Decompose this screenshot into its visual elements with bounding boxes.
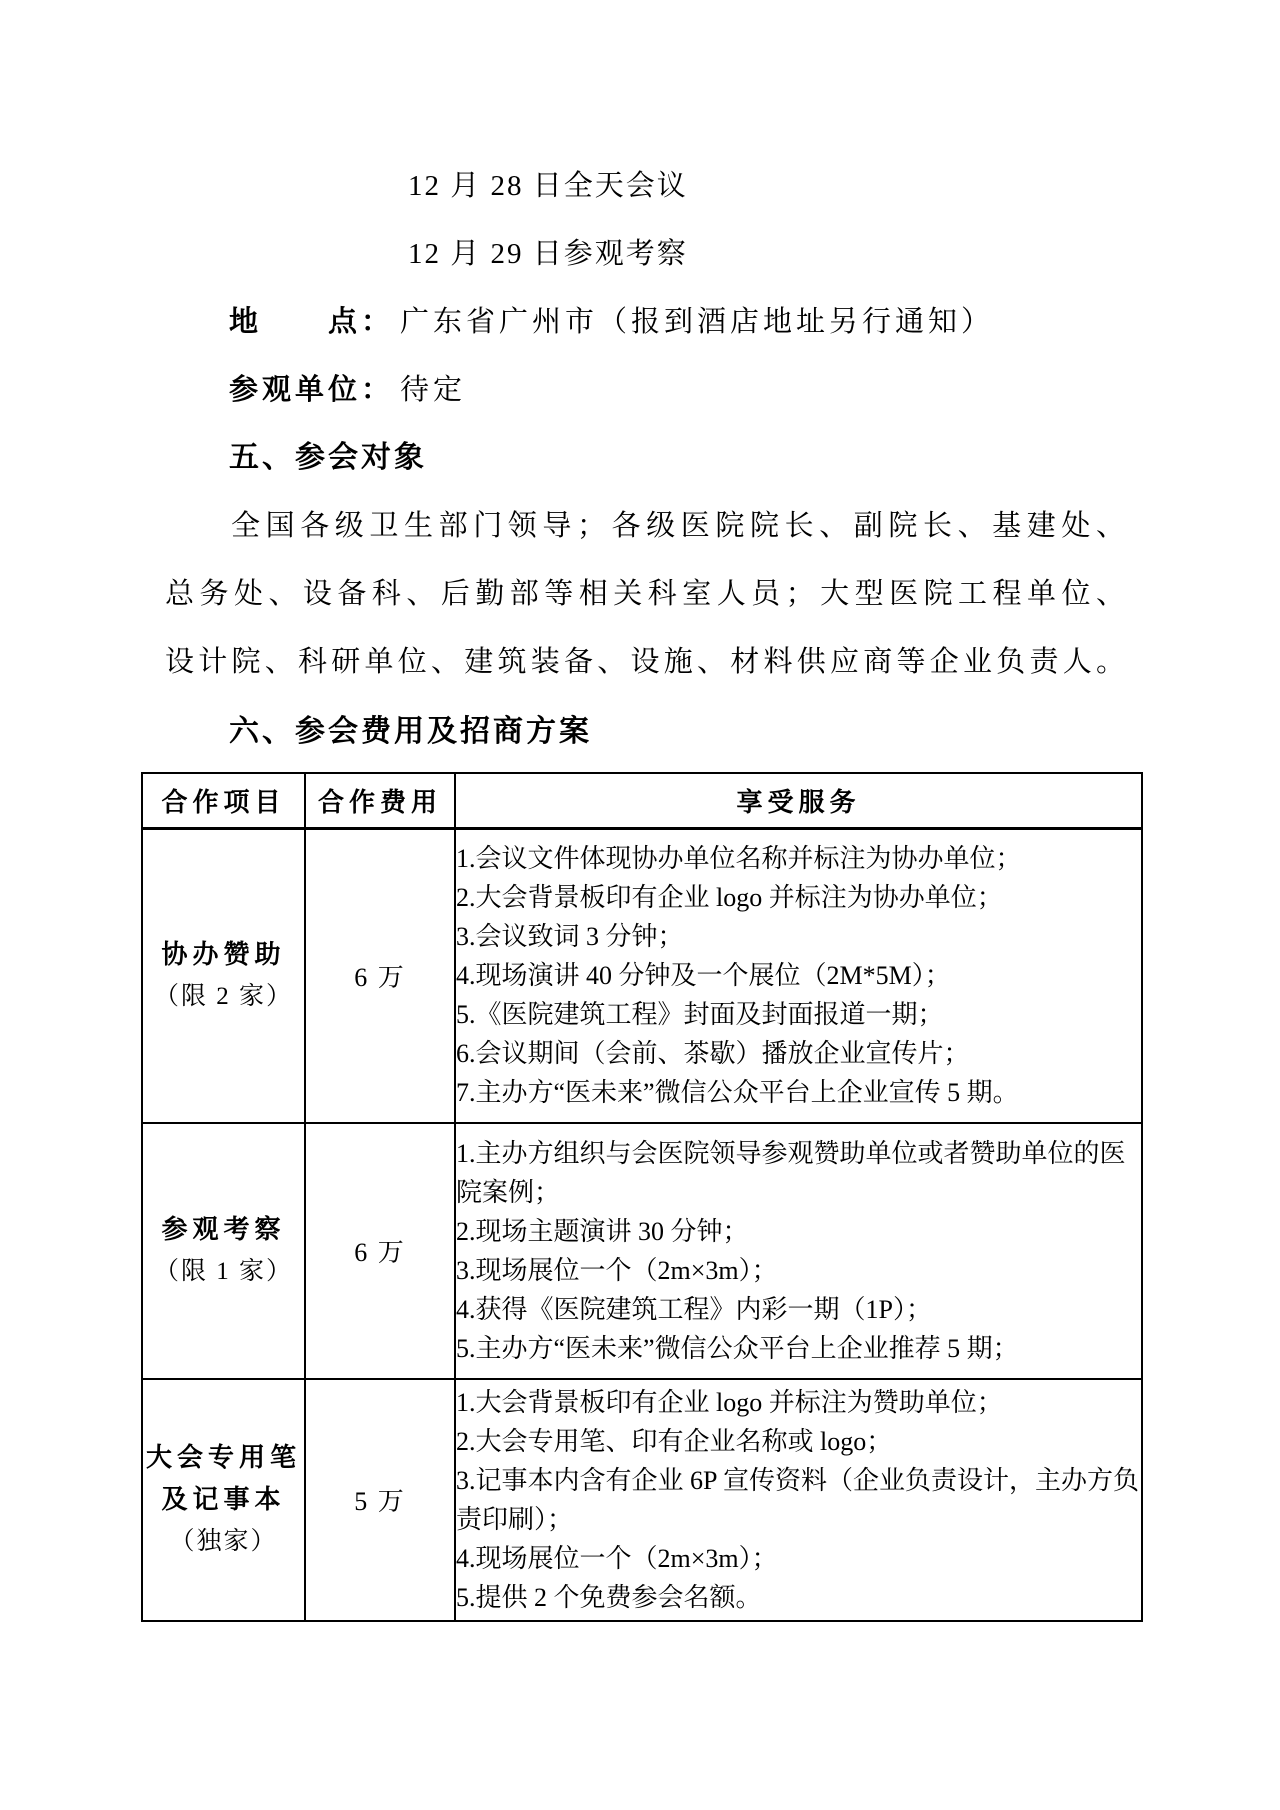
table-row: 参观考察 （限 1 家） 6 万 1.主办方组织与会医院领导参观赞助单位或者赞助… bbox=[142, 1123, 1142, 1379]
service-item: 2.现场主题演讲 30 分钟； bbox=[456, 1212, 1141, 1251]
location-line: 地 点：广东省广州市（报到酒店地址另行通知） bbox=[229, 288, 1125, 356]
fee-cell: 6 万 bbox=[305, 1123, 455, 1379]
visit-unit-line: 参观单位：待定 bbox=[229, 356, 1125, 424]
project-cell: 参观考察 （限 1 家） bbox=[142, 1123, 305, 1379]
document-page: 12 月 28 日全天会议 12 月 29 日参观考察 地 点：广东省广州市（报… bbox=[0, 0, 1280, 1810]
project-name: 参观考察 bbox=[143, 1209, 304, 1251]
project-note: （限 1 家） bbox=[143, 1251, 304, 1293]
project-name: 及记事本 bbox=[143, 1479, 304, 1521]
location-label: 地 点： bbox=[229, 306, 394, 338]
paragraph-line: 全国各级卫生部门领导；各级医院院长、副院长、基建处、 bbox=[165, 492, 1125, 560]
section-5-heading: 五、参会对象 bbox=[229, 424, 1125, 492]
location-value: 广东省广州市（报到酒店地址另行通知） bbox=[400, 306, 994, 338]
fees-table: 合作项目 合作费用 享受服务 协办赞助 （限 2 家） 6 万 1.会议文件体现… bbox=[141, 772, 1143, 1622]
fee-cell: 5 万 bbox=[305, 1379, 455, 1621]
schedule-line: 12 月 29 日参观考察 bbox=[408, 220, 1125, 288]
col-header-fee: 合作费用 bbox=[305, 773, 455, 829]
service-item: 2.大会专用笔、印有企业名称或 logo； bbox=[456, 1422, 1141, 1461]
table-header-row: 合作项目 合作费用 享受服务 bbox=[142, 773, 1142, 829]
services-cell: 1.会议文件体现协办单位名称并标注为协办单位； 2.大会背景板印有企业 logo… bbox=[455, 829, 1142, 1123]
participants-paragraph: 全国各级卫生部门领导；各级医院院长、副院长、基建处、 总务处、设备科、后勤部等相… bbox=[165, 492, 1125, 696]
service-item: 2.大会背景板印有企业 logo 并标注为协办单位； bbox=[456, 878, 1141, 917]
section-6-heading: 六、参会费用及招商方案 bbox=[229, 700, 1125, 764]
fee-cell: 6 万 bbox=[305, 829, 455, 1123]
paragraph-line: 总务处、设备科、后勤部等相关科室人员；大型医院工程单位、 bbox=[165, 560, 1125, 628]
col-header-services: 享受服务 bbox=[455, 773, 1142, 829]
service-item: 1.主办方组织与会医院领导参观赞助单位或者赞助单位的医院案例； bbox=[456, 1134, 1141, 1212]
service-item: 5.主办方“医未来”微信公众平台上企业推荐 5 期； bbox=[456, 1329, 1141, 1368]
service-item: 4.现场展位一个（2m×3m）； bbox=[456, 1539, 1141, 1578]
visit-unit-value: 待定 bbox=[400, 374, 466, 406]
visit-unit-label: 参观单位： bbox=[229, 374, 394, 406]
service-item: 5.《医院建筑工程》封面及封面报道一期； bbox=[456, 995, 1141, 1034]
table-row: 协办赞助 （限 2 家） 6 万 1.会议文件体现协办单位名称并标注为协办单位；… bbox=[142, 829, 1142, 1123]
project-name: 大会专用笔 bbox=[143, 1437, 304, 1479]
service-item: 6.会议期间（会前、茶歇）播放企业宣传片； bbox=[456, 1034, 1141, 1073]
table-row: 大会专用笔 及记事本 （独家） 5 万 1.大会背景板印有企业 logo 并标注… bbox=[142, 1379, 1142, 1621]
services-cell: 1.主办方组织与会医院领导参观赞助单位或者赞助单位的医院案例； 2.现场主题演讲… bbox=[455, 1123, 1142, 1379]
paragraph-line: 设计院、科研单位、建筑装备、设施、材料供应商等企业负责人。 bbox=[165, 628, 1125, 696]
project-note: （独家） bbox=[143, 1521, 304, 1563]
service-item: 3.会议致词 3 分钟； bbox=[456, 917, 1141, 956]
project-name: 协办赞助 bbox=[143, 934, 304, 976]
project-cell: 协办赞助 （限 2 家） bbox=[142, 829, 305, 1123]
service-item: 7.主办方“医未来”微信公众平台上企业宣传 5 期。 bbox=[456, 1073, 1141, 1112]
service-item: 5.提供 2 个免费参会名额。 bbox=[456, 1578, 1141, 1617]
service-item: 1.会议文件体现协办单位名称并标注为协办单位； bbox=[456, 839, 1141, 878]
project-note: （限 2 家） bbox=[143, 976, 304, 1018]
schedule-line: 12 月 28 日全天会议 bbox=[408, 152, 1125, 220]
services-cell: 1.大会背景板印有企业 logo 并标注为赞助单位； 2.大会专用笔、印有企业名… bbox=[455, 1379, 1142, 1621]
service-item: 3.记事本内含有企业 6P 宣传资料（企业负责设计，主办方负责印刷）； bbox=[456, 1461, 1141, 1539]
service-item: 4.现场演讲 40 分钟及一个展位（2M*5M）； bbox=[456, 956, 1141, 995]
col-header-project: 合作项目 bbox=[142, 773, 305, 829]
service-item: 1.大会背景板印有企业 logo 并标注为赞助单位； bbox=[456, 1383, 1141, 1422]
service-item: 3.现场展位一个（2m×3m）； bbox=[456, 1251, 1141, 1290]
project-cell: 大会专用笔 及记事本 （独家） bbox=[142, 1379, 305, 1621]
service-item: 4.获得《医院建筑工程》内彩一期（1P）； bbox=[456, 1290, 1141, 1329]
